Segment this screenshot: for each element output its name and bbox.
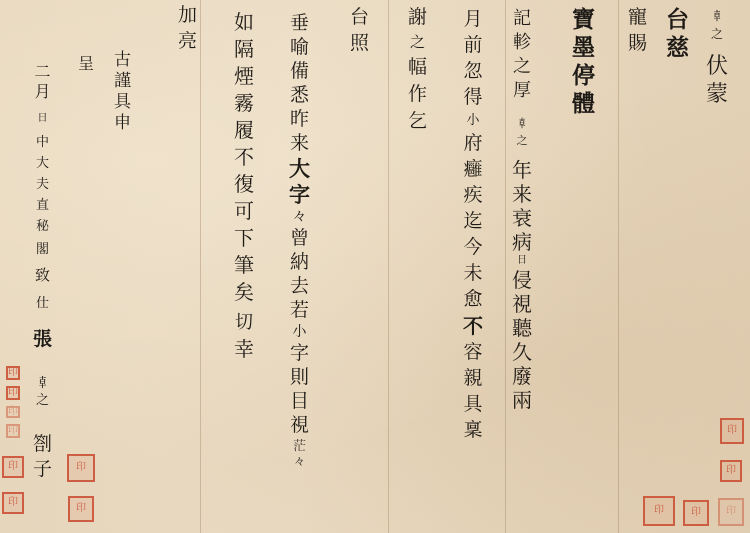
text-column-4: 寶 墨 停 體 — [572, 8, 595, 120]
glyph: 加 — [178, 6, 197, 25]
glyph: 迄 — [463, 212, 482, 231]
glyph: 停 — [572, 64, 595, 87]
glyph: 来 — [290, 134, 309, 153]
glyph: 乞 — [408, 112, 427, 131]
glyph: 病 — [512, 232, 532, 252]
collector-seal-stamp: 印 — [718, 498, 744, 526]
glyph: 秘 — [36, 220, 49, 233]
text-column-13: 呈 — [78, 56, 94, 72]
glyph: 大 — [289, 158, 310, 179]
glyph: 侵 — [512, 270, 532, 290]
glyph: 兩 — [512, 390, 532, 410]
collector-seal-stamp: 印 — [6, 424, 20, 438]
glyph: 仕 — [36, 297, 49, 310]
glyph: 台 — [666, 8, 689, 31]
calligraphy-letter: 𠦝 之 伏 蒙 台 慈 寵 賜 寶 墨 停 體 記 軫 之 厚 𠦝 之 年 来 … — [0, 0, 750, 533]
glyph: 疾 — [463, 186, 482, 205]
glyph: 申 — [114, 115, 131, 132]
glyph: 々 — [293, 210, 307, 224]
glyph: 蒙 — [706, 84, 728, 106]
glyph: 若 — [290, 301, 309, 320]
glyph: 字 — [289, 184, 310, 205]
paper-fold-line — [505, 0, 506, 533]
collector-seal-stamp: 印 — [720, 418, 744, 444]
glyph: 中 — [36, 136, 49, 149]
glyph: 呈 — [78, 56, 94, 72]
text-column-3: 寵 賜 — [628, 8, 647, 60]
glyph: 納 — [290, 253, 309, 272]
glyph: 容 — [463, 343, 482, 362]
text-column-12: 古 謹 具 申 — [114, 52, 131, 132]
glyph: 喻 — [290, 38, 309, 57]
text-column-5: 記 軫 之 厚 𠦝 之 年 来 衰 病 日 侵 視 聽 久 廢 兩 — [512, 10, 532, 410]
collector-seal-stamp: 印 — [6, 386, 20, 400]
glyph: 稟 — [463, 421, 482, 440]
glyph: 今 — [463, 238, 482, 257]
glyph: 𠦝 — [517, 118, 528, 129]
glyph: 視 — [512, 294, 532, 314]
collector-seal-stamp: 印 — [2, 492, 24, 514]
glyph: 不 — [463, 316, 483, 336]
glyph: 年 — [512, 160, 532, 180]
glyph: 垂 — [290, 14, 309, 33]
glyph: 大 — [36, 157, 49, 170]
glyph: 照 — [350, 34, 369, 53]
glyph: 記 — [513, 10, 531, 28]
glyph: 備 — [290, 62, 309, 81]
glyph: 之 — [517, 135, 528, 146]
glyph: 不 — [234, 147, 254, 167]
glyph: 字 — [290, 344, 309, 363]
glyph: 直 — [36, 199, 49, 212]
glyph: 亮 — [178, 32, 197, 51]
glyph: 𠦝 — [36, 377, 49, 390]
glyph: 視 — [290, 416, 309, 435]
glyph: 寵 — [628, 8, 647, 27]
glyph: 之 — [36, 394, 49, 407]
glyph: 履 — [234, 120, 254, 140]
glyph: 聽 — [512, 318, 532, 338]
glyph: 筆 — [234, 255, 254, 275]
glyph: 具 — [463, 395, 482, 414]
glyph: 劄 — [33, 435, 52, 454]
glyph: 幸 — [234, 339, 254, 359]
glyph: 之 — [410, 35, 425, 50]
glyph: 則 — [290, 368, 309, 387]
glyph: 賜 — [628, 34, 647, 53]
glyph: 寶 — [572, 8, 595, 31]
glyph: 煙 — [234, 66, 254, 86]
glyph: 體 — [572, 92, 595, 115]
glyph: 前 — [463, 36, 482, 55]
glyph: 謝 — [408, 8, 427, 27]
glyph: 来 — [512, 184, 532, 204]
text-column-14: 二 月 日 中 大 夫 直 秘 閣 致 仕 張 𠦝 之 劄 子 — [33, 64, 52, 479]
glyph: 日 — [38, 114, 48, 124]
glyph: 之 — [513, 58, 531, 76]
collector-seal-stamp: 印 — [6, 406, 20, 418]
glyph: 𠦝 — [711, 10, 723, 22]
glyph: 閣 — [36, 243, 49, 256]
glyph: 愈 — [463, 290, 482, 309]
glyph: 目 — [290, 392, 309, 411]
text-column-10: 如 隔 煙 霧 履 不 復 可 下 筆 矣 切 幸 — [234, 12, 254, 359]
glyph: 如 — [234, 12, 254, 32]
text-column-6: 月 前 忽 得 小 府 癰 疾 迄 今 未 愈 不 容 親 具 稟 — [463, 10, 483, 440]
glyph: 茫 — [293, 440, 306, 453]
collector-seal-stamp: 印 — [6, 366, 20, 380]
glyph: 府 — [463, 134, 482, 153]
glyph: 月 — [463, 10, 482, 29]
glyph: 昨 — [290, 110, 309, 129]
glyph: 久 — [512, 342, 532, 362]
glyph: 伏 — [706, 56, 728, 78]
paper-fold-line — [388, 0, 389, 533]
glyph: 矣 — [234, 282, 254, 302]
glyph: 忽 — [463, 62, 482, 81]
glyph: 小 — [466, 114, 479, 127]
glyph: 致 — [35, 268, 50, 283]
glyph: 去 — [290, 277, 309, 296]
glyph: 厚 — [513, 82, 531, 100]
glyph: 親 — [463, 369, 482, 388]
paper-fold-line — [200, 0, 201, 533]
glyph: 復 — [234, 174, 254, 194]
glyph: 廢 — [512, 366, 532, 386]
glyph: 具 — [114, 94, 131, 111]
glyph: 台 — [350, 8, 369, 27]
glyph: 未 — [463, 264, 482, 283]
glyph: 切 — [235, 314, 253, 332]
glyph: 二 — [35, 64, 51, 80]
collector-seal-stamp: 印 — [683, 500, 709, 526]
glyph: 隔 — [234, 39, 254, 59]
glyph: 之 — [711, 28, 723, 40]
glyph: 霧 — [234, 93, 254, 113]
glyph: 張 — [33, 330, 52, 349]
glyph: 悉 — [290, 86, 309, 105]
text-column-7: 謝 之 幅 作 乞 — [408, 8, 427, 131]
text-column-9: 垂 喻 備 悉 昨 来 大 字 々 曾 納 去 若 小 字 則 目 視 茫 々 — [289, 14, 310, 467]
glyph: 墨 — [572, 36, 595, 59]
glyph: 軫 — [513, 34, 531, 52]
glyph: 作 — [408, 85, 427, 104]
glyph: 小 — [293, 325, 307, 339]
collector-seal-stamp: 印 — [643, 496, 675, 526]
glyph: 々 — [294, 456, 305, 467]
glyph: 癰 — [463, 160, 482, 179]
text-column-2: 台 慈 — [666, 8, 689, 64]
glyph: 古 — [114, 52, 131, 69]
glyph: 可 — [234, 201, 254, 221]
glyph: 謹 — [114, 73, 131, 90]
glyph: 月 — [35, 84, 51, 100]
collector-seal-stamp: 印 — [2, 456, 24, 478]
text-column-1: 𠦝 之 伏 蒙 — [706, 10, 728, 106]
text-column-8: 台 照 — [350, 8, 369, 60]
collector-seal-stamp: 印 — [67, 454, 95, 482]
glyph: 日 — [517, 256, 527, 266]
text-column-11: 加 亮 — [178, 6, 197, 58]
glyph: 曾 — [290, 229, 309, 248]
paper-fold-line — [618, 0, 619, 533]
glyph: 慈 — [666, 36, 689, 59]
glyph: 衰 — [512, 208, 532, 228]
glyph: 下 — [234, 228, 254, 248]
glyph: 幅 — [408, 58, 427, 77]
glyph: 子 — [33, 460, 52, 479]
collector-seal-stamp: 印 — [720, 460, 742, 482]
collector-seal-stamp: 印 — [68, 496, 94, 522]
glyph: 夫 — [36, 178, 49, 191]
glyph: 得 — [463, 88, 482, 107]
